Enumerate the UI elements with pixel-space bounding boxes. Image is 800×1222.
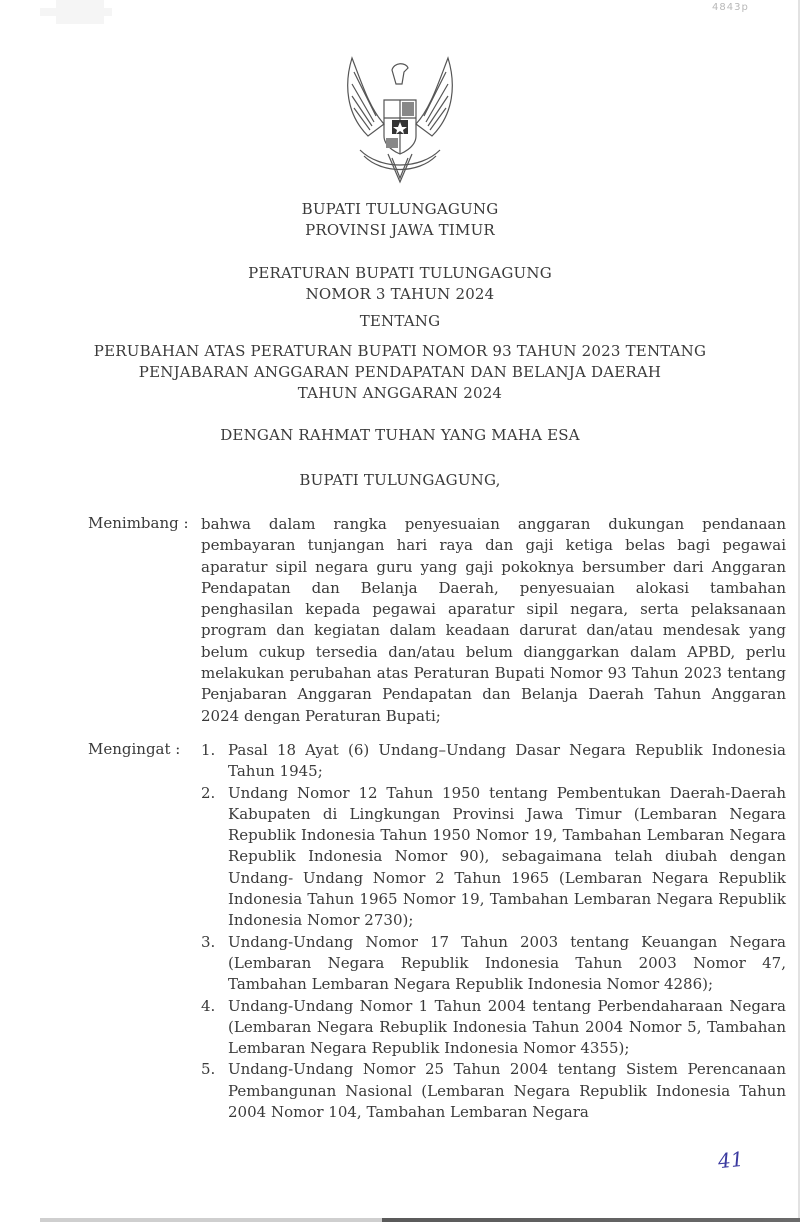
menimbang-text: bahwa dalam rangka penyesuaian anggaran … (201, 514, 786, 727)
scan-artifact (40, 0, 112, 24)
regulation-title: PERATURAN BUPATI TULUNGAGUNG (0, 263, 800, 284)
garuda-emblem-icon (340, 54, 460, 192)
subject-line-1: PERUBAHAN ATAS PERATURAN BUPATI NOMOR 93… (0, 341, 800, 362)
issuer-title: BUPATI TULUNGAGUNG (0, 199, 800, 220)
subject-line-2: PENJABARAN ANGGARAN PENDAPATAN DAN BELAN… (0, 362, 800, 383)
subject-block: PERUBAHAN ATAS PERATURAN BUPATI NOMOR 93… (0, 341, 800, 404)
mengingat-label: Mengingat : (88, 740, 180, 758)
list-item: 2.Undang Nomor 12 Tahun 1950 tentang Pem… (201, 783, 786, 932)
list-item: 3.Undang-Undang Nomor 17 Tahun 2003 tent… (201, 932, 786, 996)
handwritten-initials: 41 (717, 1147, 745, 1174)
list-item: 1.Pasal 18 Ayat (6) Undang–Undang Dasar … (201, 740, 786, 783)
list-item: 4.Undang-Undang Nomor 1 Tahun 2004 tenta… (201, 996, 786, 1060)
issuer-province: PROVINSI JAWA TIMUR (0, 220, 800, 241)
subject-line-3: TAHUN ANGGARAN 2024 (0, 383, 800, 404)
about-heading: TENTANG (0, 312, 800, 330)
regulation-number: NOMOR 3 TAHUN 2024 (0, 284, 800, 305)
menimbang-label: Menimbang : (88, 514, 189, 532)
regulation-block: PERATURAN BUPATI TULUNGAGUNG NOMOR 3 TAH… (0, 263, 800, 305)
issuer-block: BUPATI TULUNGAGUNG PROVINSI JAWA TIMUR (0, 199, 800, 241)
authority: BUPATI TULUNGAGUNG, (0, 471, 800, 489)
page-stamp-mark: 4843p (712, 2, 749, 13)
document-page: 4843p BUPATI TULUNGAGUNG PROV (0, 0, 800, 1222)
mengingat-list: 1.Pasal 18 Ayat (6) Undang–Undang Dasar … (201, 740, 786, 1123)
scan-bottom-edge (40, 1218, 800, 1222)
invocation: DENGAN RAHMAT TUHAN YANG MAHA ESA (0, 426, 800, 444)
list-item: 5.Undang-Undang Nomor 25 Tahun 2004 tent… (201, 1059, 786, 1123)
